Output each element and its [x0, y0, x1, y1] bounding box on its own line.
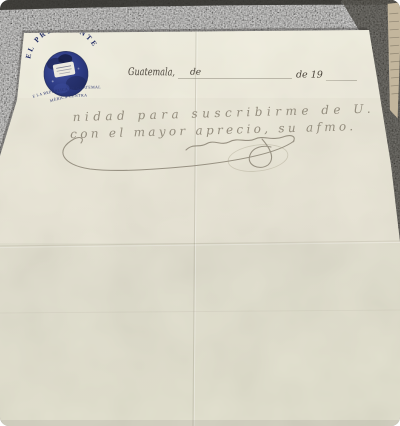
photo-bottom-vignette: [0, 420, 400, 426]
date-year-label: de 19: [296, 69, 323, 80]
paper-lower-tone: [0, 243, 400, 426]
photo-of-letter: EL PRESIDENTE: [0, 0, 400, 426]
date-de-label: de: [190, 68, 201, 78]
date-city-label: Guatemala,: [128, 66, 175, 78]
